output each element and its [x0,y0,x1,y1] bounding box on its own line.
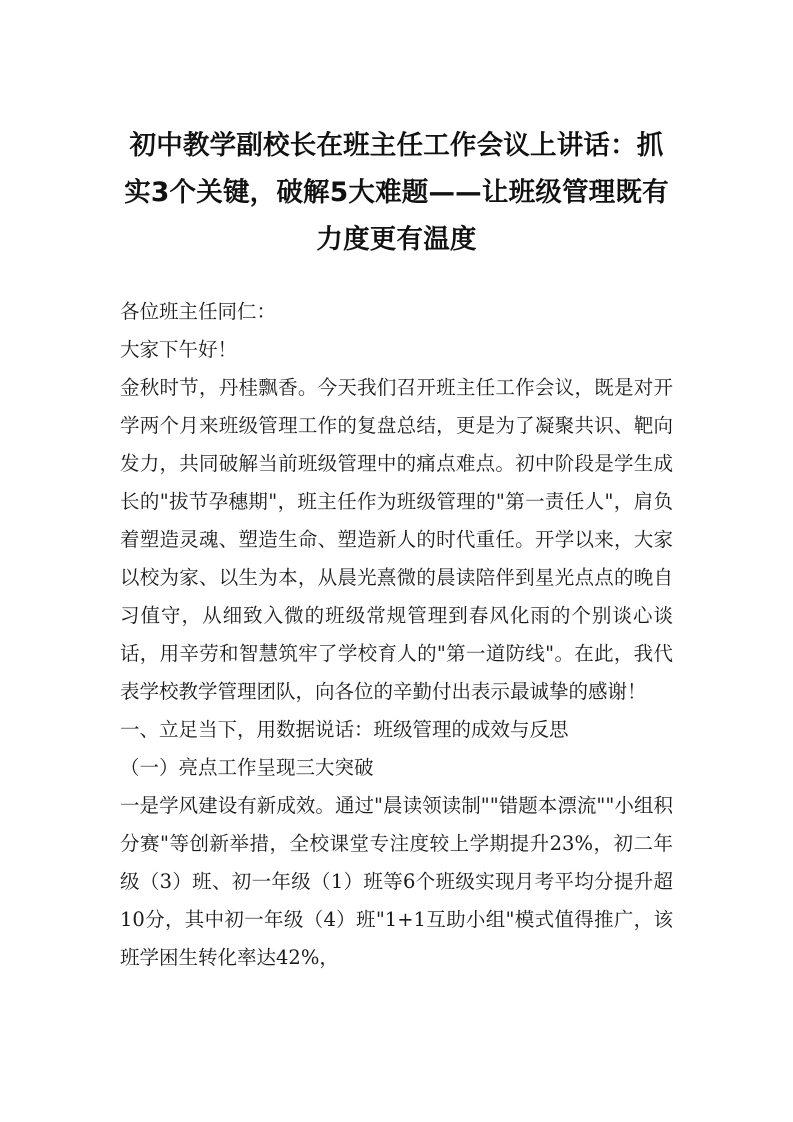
greeting: 大家下午好！ [120,331,673,369]
opening-paragraph: 金秋时节，丹桂飘香。今天我们召开班主任工作会议，既是对开学两个月来班级管理工作的… [120,369,673,711]
document-title: 初中教学副校长在班主任工作会议上讲话：抓实3个关键，破解5大难题——让班级管理既… [120,122,673,263]
document-body: 各位班主任同仁： 大家下午好！ 金秋时节，丹桂飘香。今天我们召开班主任工作会议，… [120,293,673,977]
document-page: 初中教学副校长在班主任工作会议上讲话：抓实3个关键，破解5大难题——让班级管理既… [120,122,673,977]
subsection-heading: （一）亮点工作呈现三大突破 [120,749,673,787]
subsection-paragraph: 一是学风建设有新成效。通过"晨读领读制""错题本漂流""小组积分赛"等创新举措，… [120,787,673,977]
salutation: 各位班主任同仁： [120,293,673,331]
section-heading: 一、立足当下，用数据说话：班级管理的成效与反思 [120,711,673,749]
